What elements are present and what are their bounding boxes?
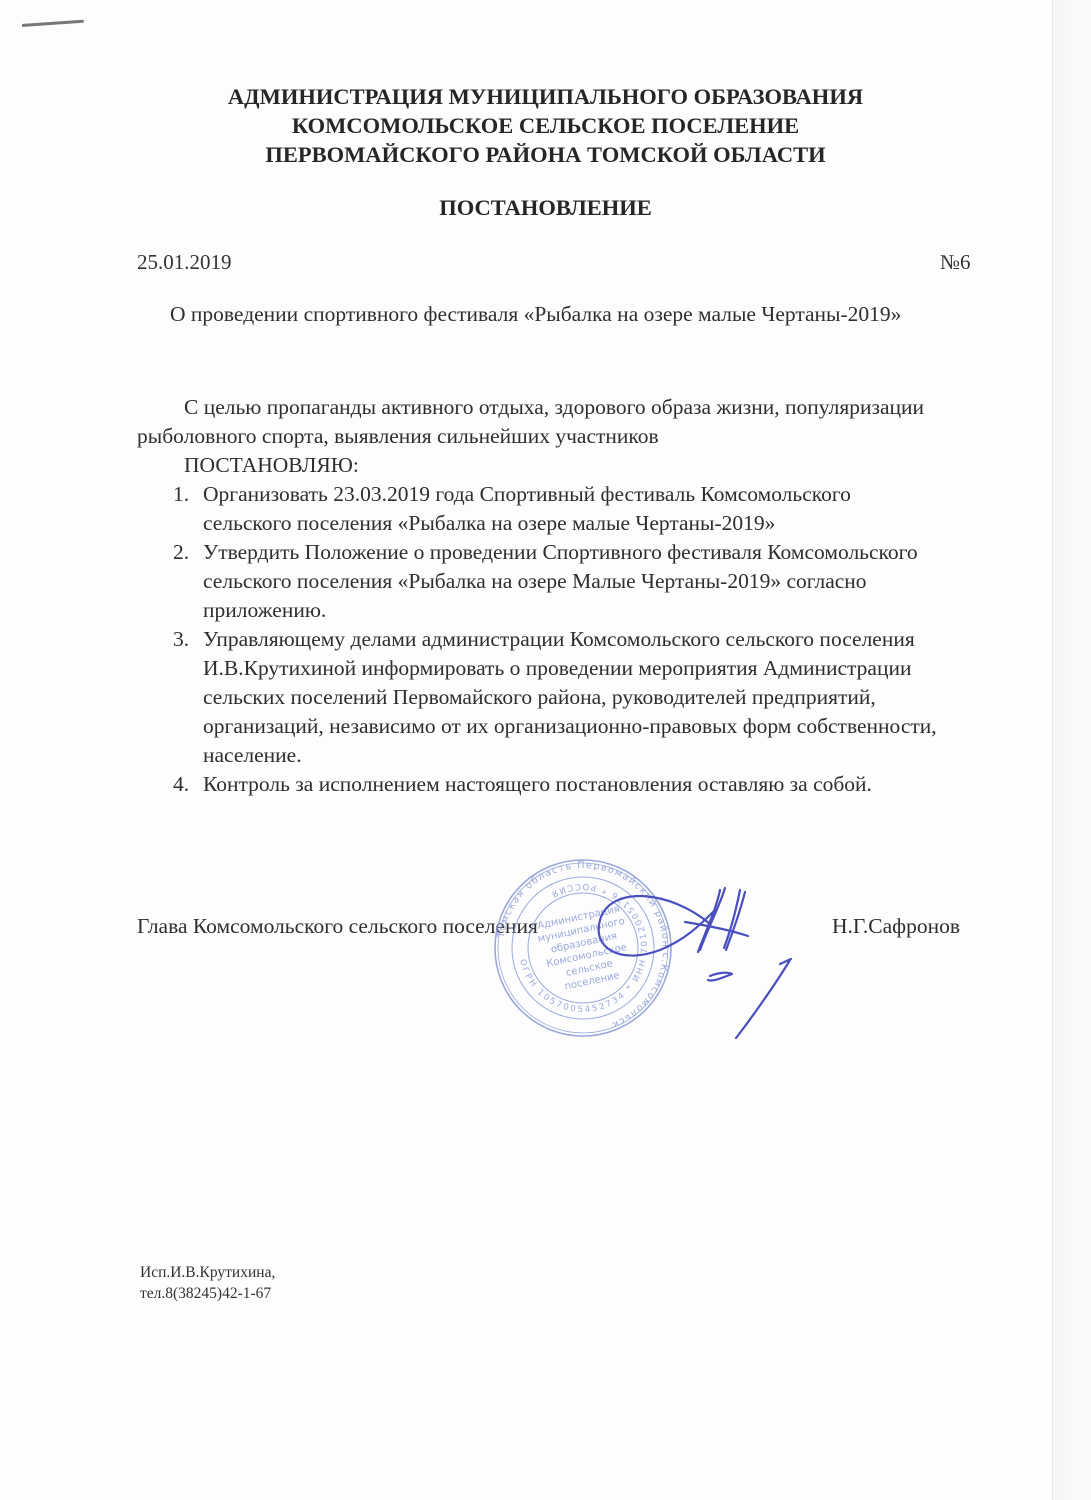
document-header: АДМИНИСТРАЦИЯ МУНИЦИПАЛЬНОГО ОБРАЗОВАНИЯ… xyxy=(0,82,1091,169)
scan-edge-line xyxy=(1052,0,1053,1500)
decree-item-4: 4. Контроль за исполнением настоящего по… xyxy=(137,770,997,799)
item-text-line: сельского поселения «Рыбалка на озере ма… xyxy=(203,509,997,538)
item-number: 1. xyxy=(173,480,189,509)
item-text-line: сельских поселений Первомайского района,… xyxy=(203,683,997,712)
scan-corner-mark xyxy=(22,20,84,27)
decree-items-list: 1. Организовать 23.03.2019 года Спортивн… xyxy=(137,480,997,799)
item-text-line: И.В.Крутихиной информировать о проведени… xyxy=(203,654,997,683)
item-text-line: организаций, независимо от их организаци… xyxy=(203,712,997,741)
decree-item-3: 3. Управляющему делами администрации Ком… xyxy=(137,625,997,770)
decree-item-1: 1. Организовать 23.03.2019 года Спортивн… xyxy=(137,480,997,538)
header-line-3: ПЕРВОМАЙСКОГО РАЙОНА ТОМСКОЙ ОБЛАСТИ xyxy=(0,140,1091,169)
item-text-line: Утвердить Положение о проведении Спортив… xyxy=(203,538,997,567)
item-text-line: Управляющему делами администрации Комсом… xyxy=(203,625,997,654)
document-number: №6 xyxy=(940,250,971,275)
executor-info: Исп.И.В.Крутихина, тел.8(38245)42-1-67 xyxy=(140,1262,275,1304)
intro-line-1: С целью пропаганды активного отдыха, здо… xyxy=(137,393,997,422)
header-line-1: АДМИНИСТРАЦИЯ МУНИЦИПАЛЬНОГО ОБРАЗОВАНИЯ xyxy=(0,82,1091,111)
handwritten-signature-icon xyxy=(590,880,800,1040)
decree-item-2: 2. Утвердить Положение о проведении Спор… xyxy=(137,538,997,625)
item-number: 4. xyxy=(173,770,189,799)
item-number: 2. xyxy=(173,538,189,567)
item-text-line: население. xyxy=(203,741,997,770)
document-body: С целью пропаганды активного отдыха, здо… xyxy=(137,393,997,799)
item-text-line: сельского поселения «Рыбалка на озере Ма… xyxy=(203,567,997,596)
decree-word: ПОСТАНОВЛЯЮ: xyxy=(137,451,997,480)
scan-edge-shade xyxy=(1053,0,1091,1500)
signatory-name: Н.Г.Сафронов xyxy=(832,914,960,939)
document-subject: О проведении спортивного фестиваля «Рыба… xyxy=(170,302,901,327)
header-line-2: КОМСОМОЛЬСКОЕ СЕЛЬСКОЕ ПОСЕЛЕНИЕ xyxy=(0,111,1091,140)
executor-name: Исп.И.В.Крутихина, xyxy=(140,1262,275,1283)
document-page: АДМИНИСТРАЦИЯ МУНИЦИПАЛЬНОГО ОБРАЗОВАНИЯ… xyxy=(0,0,1091,1500)
item-text-line: Организовать 23.03.2019 года Спортивный … xyxy=(203,480,997,509)
document-type-title: ПОСТАНОВЛЕНИЕ xyxy=(0,195,1091,221)
signatory-title: Глава Комсомольского сельского поселения xyxy=(137,914,538,939)
item-text-line: Контроль за исполнением настоящего поста… xyxy=(203,770,997,799)
intro-line-2: рыболовного спорта, выявления сильнейших… xyxy=(137,422,997,451)
item-number: 3. xyxy=(173,625,189,654)
item-text-line: приложению. xyxy=(203,596,997,625)
executor-phone: тел.8(38245)42-1-67 xyxy=(140,1283,275,1304)
document-date: 25.01.2019 xyxy=(137,250,232,275)
